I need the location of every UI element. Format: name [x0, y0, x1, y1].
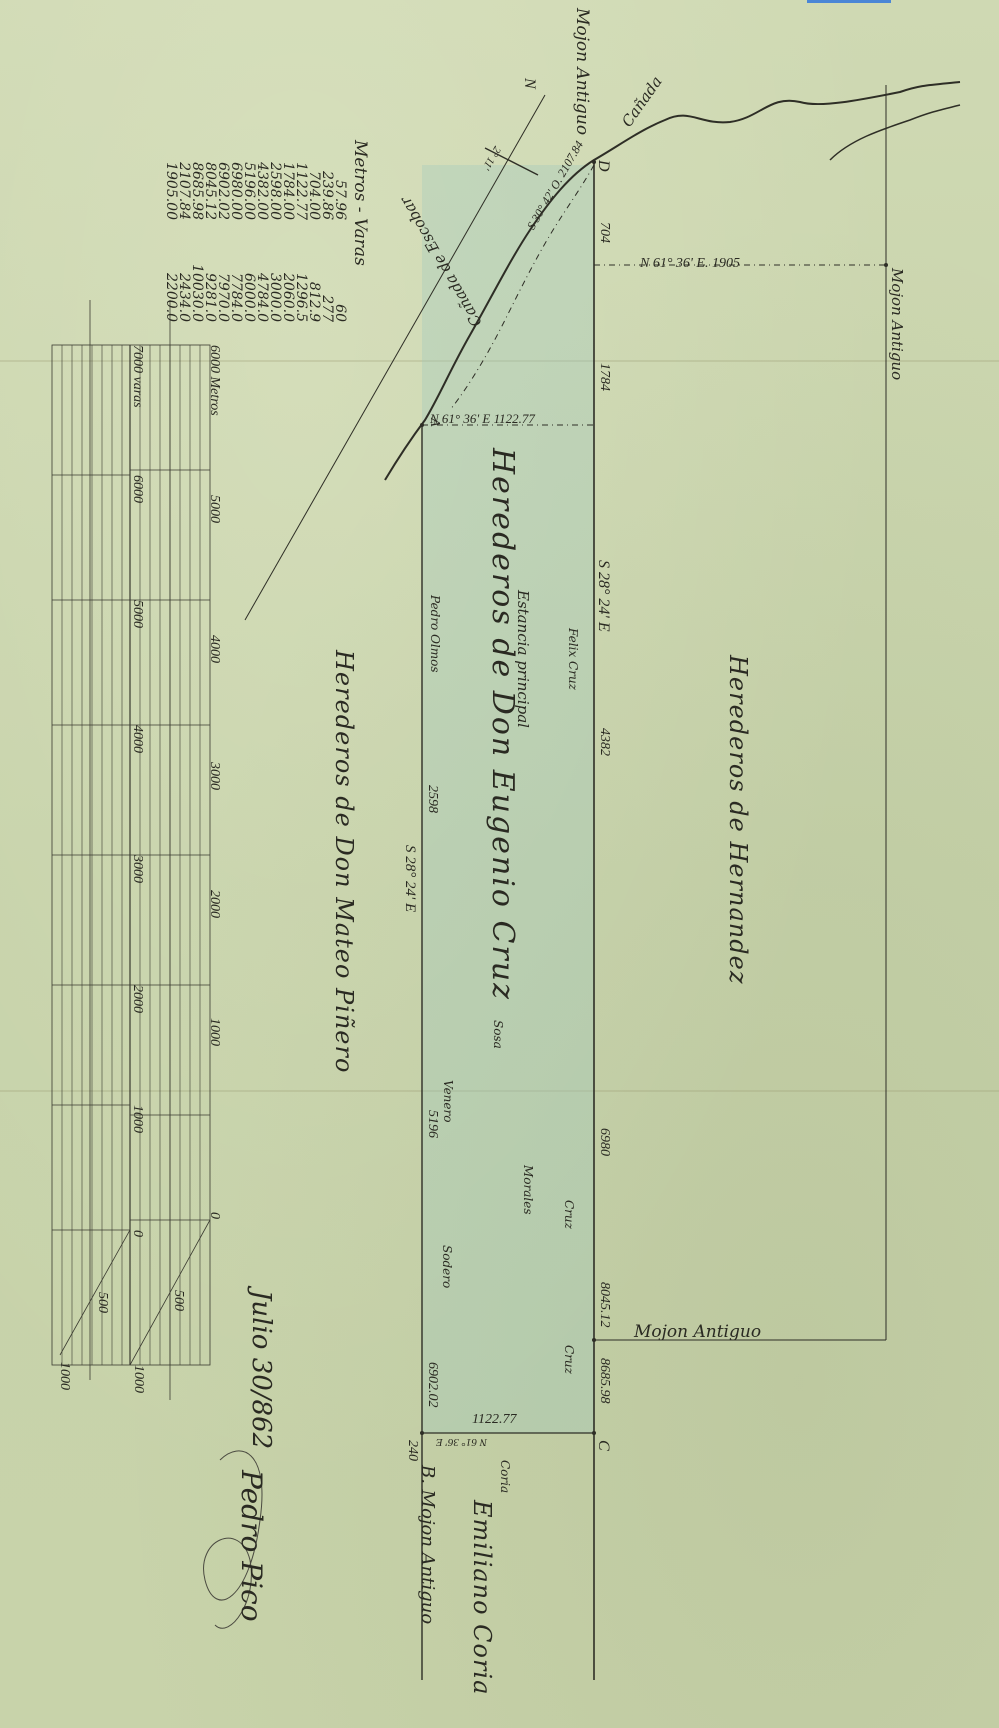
neighbor-pinero: Herederos de Don Mateo Piñero [330, 650, 358, 1073]
vertex-d: D [594, 160, 612, 172]
chainage-8685: 8685.98 [596, 1358, 612, 1404]
table-row: 1905.002200.0 [164, 140, 177, 322]
resident-cruz-1: Cruz [562, 1200, 576, 1229]
mojon-top-left-label: Mojon Antiguo [572, 8, 592, 135]
mojon-right-mid-label: Mojon Antiguo [634, 1322, 761, 1342]
table-header-metros: Metros [350, 140, 370, 201]
scale-varas-1000b: 1000 [56, 1362, 72, 1390]
chainage-5196: 5196 [424, 1110, 440, 1138]
mojon-bottom-label: B. Mojon Antiguo [417, 1465, 438, 1624]
scale-metros-1000: 1000 [206, 1018, 222, 1046]
signature-date: Julio 30/862 [246, 1290, 276, 1449]
east-bearing-top: S 28° 24' E [594, 560, 612, 632]
resident-morales: Morales [521, 1165, 535, 1215]
scale-metros-2000: 2000 [206, 890, 222, 918]
vertex-c: C [594, 1440, 612, 1451]
metros-cell: 1905.00 [164, 140, 177, 220]
chainage-8045: 8045.12 [596, 1282, 612, 1328]
resident-venero: Venero [441, 1080, 455, 1122]
resident-sosa: Sosa [491, 1020, 505, 1049]
conversion-table: Metros - Varas 57.9660239.86277704.00812… [164, 140, 370, 322]
neighbor-hernandez: Herederos de Hernandez [724, 655, 752, 984]
chainage-704: 704 [596, 222, 612, 243]
mojon-top-right-label: Mojon Antiguo [888, 268, 906, 380]
scale-varas-500: 500 [94, 1292, 110, 1313]
chainage-4382: 4382 [596, 728, 612, 756]
chainage-240: 240 [404, 1440, 420, 1461]
scale-metros-500: 500 [170, 1290, 186, 1311]
east-bearing-bottom: S 28° 24' E [401, 845, 418, 912]
scale-metros-0: 0 [206, 1212, 222, 1219]
chainage-1784: 1784 [596, 363, 612, 391]
signature-name: Pedro Pico [235, 1470, 268, 1622]
resident-sodero: Sodero [440, 1245, 454, 1288]
scale-varas-label: 7000 varas [129, 345, 145, 408]
scale-varas-1000: 1000 [129, 1105, 145, 1133]
scale-varas-4000: 4000 [129, 725, 145, 753]
neighbor-coria: Emiliano Coria [468, 1500, 496, 1695]
north-mark: N [520, 78, 538, 89]
scale-varas-2000: 2000 [129, 985, 145, 1013]
scale-metros-label: 6000 Metros [206, 345, 222, 416]
chainage-6980: 6980 [596, 1128, 612, 1156]
resident-felix-cruz: Felix Cruz [566, 628, 580, 690]
scale-metros-3000: 3000 [206, 762, 222, 790]
top-bearing: N 61° 36' E. 1905 [640, 256, 740, 272]
scale-varas-0: 0 [129, 1230, 145, 1237]
scale-varas-3000: 3000 [129, 855, 145, 883]
south-length: 1122.77 [472, 1412, 516, 1428]
scale-metros-5000: 5000 [206, 495, 222, 523]
inner-bearing: N 61° 36' E 1122.77 [430, 411, 535, 427]
chainage-2598: 2598 [424, 785, 440, 813]
scale-varas-6000: 6000 [129, 475, 145, 503]
resident-pedro-olmos: Pedro Olmos [428, 595, 442, 673]
map-subtitle: Estancia principal [514, 590, 532, 728]
table-rows: 57.9660239.86277704.00812.91122.771296.5… [164, 140, 346, 322]
resident-cruz-2: Cruz [562, 1345, 576, 1374]
scale-varas-5000: 5000 [129, 600, 145, 628]
resident-coria: Coria [498, 1460, 512, 1493]
varas-cell: 2200.0 [164, 220, 177, 322]
table-header-varas: Varas [350, 218, 370, 266]
scale-metros-4000: 4000 [206, 635, 222, 663]
scale-metros-1000b: 1000 [130, 1365, 146, 1393]
chainage-6902: 6902.02 [424, 1362, 440, 1408]
south-bearing: N 61° 36' E [436, 1436, 487, 1448]
